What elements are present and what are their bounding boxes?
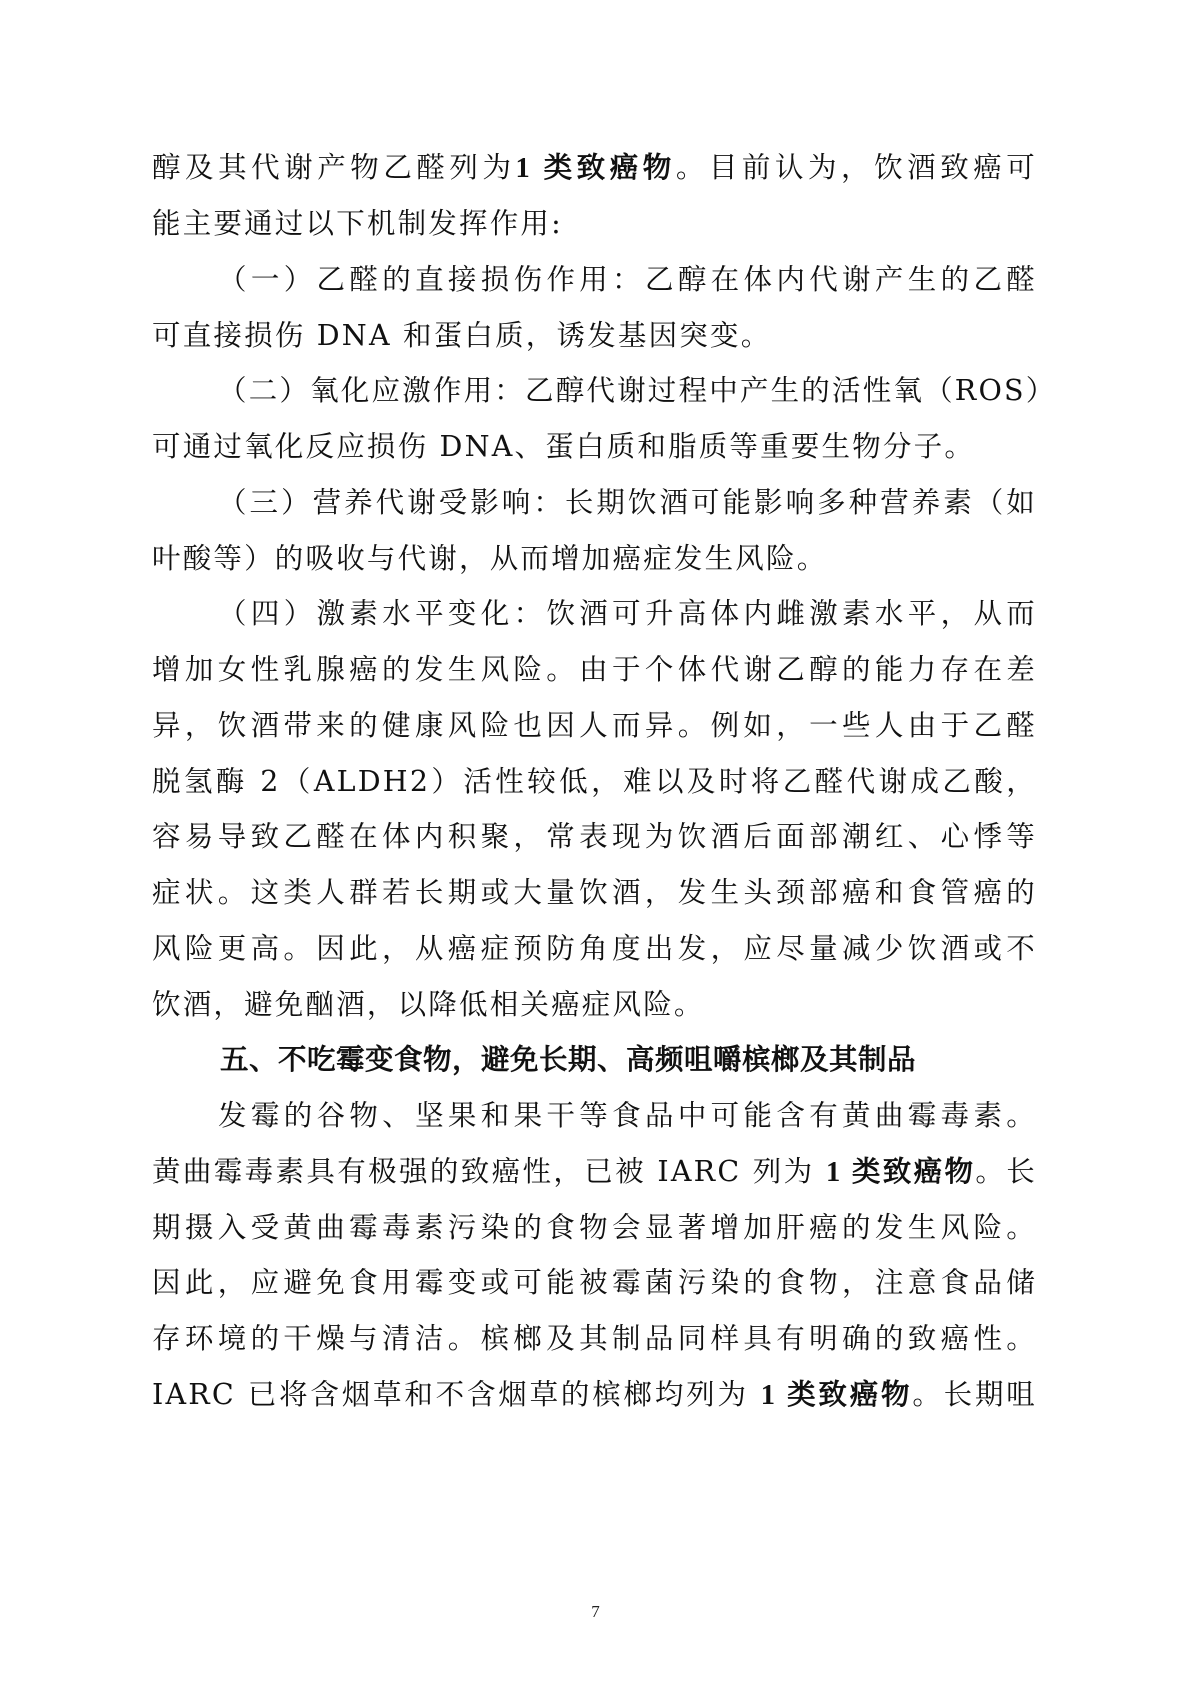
- text-segment: 。目前认为，饮酒致癌可: [676, 151, 1037, 184]
- paragraph-line: 因此，应避免食用霉变或可能被霉菌污染的食物，注意食品储: [152, 1261, 1037, 1305]
- text-segment: 黄曲霉毒素具有极强的致癌性，已被 IARC 列为: [152, 1155, 826, 1188]
- list-item-4-line: （四）激素水平变化：饮酒可升高体内雌激素水平，从而: [218, 592, 1037, 636]
- paragraph-line: 风险更高。因此，从癌症预防角度出发，应尽量减少饮酒或不: [152, 927, 1037, 971]
- text-segment: IARC 已将含烟草和不含烟草的槟榔均列为: [152, 1378, 761, 1411]
- paragraph-line: 增加女性乳腺癌的发生风险。由于个体代谢乙醇的能力存在差: [152, 648, 1037, 692]
- document-page: 醇及其代谢产物乙醛列为1 类致癌物。目前认为，饮酒致癌可 能主要通过以下机制发挥…: [0, 0, 1191, 1684]
- paragraph-line: 醇及其代谢产物乙醛列为1 类致癌物。目前认为，饮酒致癌可: [152, 146, 1037, 190]
- text-segment: 。长期咀: [912, 1378, 1037, 1411]
- paragraph-line: 饮酒，避免酗酒，以降低相关癌症风险。: [152, 983, 1037, 1027]
- list-item-1-line: （一）乙醛的直接损伤作用：乙醇在体内代谢产生的乙醛: [218, 258, 1037, 302]
- text-segment: 醇及其代谢产物乙醛列为: [152, 151, 516, 184]
- bold-emphasis: 1 类致癌物: [826, 1157, 975, 1188]
- text-segment: 。长: [975, 1155, 1037, 1188]
- paragraph-line: 容易导致乙醛在体内积聚，常表现为饮酒后面部潮红、心悸等: [152, 815, 1037, 859]
- bold-emphasis: 1 类致癌物: [516, 153, 676, 184]
- list-item-2-line: （二）氧化应激作用：乙醇代谢过程中产生的活性氧（ROS）: [218, 369, 1037, 413]
- paragraph-line: 黄曲霉毒素具有极强的致癌性，已被 IARC 列为 1 类致癌物。长: [152, 1150, 1037, 1194]
- paragraph-line: 叶酸等）的吸收与代谢，从而增加癌症发生风险。: [152, 537, 1037, 581]
- paragraph-line: 可直接损伤 DNA 和蛋白质，诱发基因突变。: [152, 314, 1037, 358]
- bold-emphasis: 1 类致癌物: [761, 1380, 913, 1411]
- paragraph-line: IARC 已将含烟草和不含烟草的槟榔均列为 1 类致癌物。长期咀: [152, 1373, 1037, 1417]
- paragraph-line: 期摄入受黄曲霉毒素污染的食物会显著增加肝癌的发生风险。: [152, 1206, 1037, 1250]
- list-item-3-line: （三）营养代谢受影响：长期饮酒可能影响多种营养素（如: [218, 481, 1037, 525]
- paragraph-line: 存环境的干燥与清洁。槟榔及其制品同样具有明确的致癌性。: [152, 1317, 1037, 1361]
- paragraph-line: 异，饮酒带来的健康风险也因人而异。例如，一些人由于乙醛: [152, 704, 1037, 748]
- section-heading: 五、不吃霉变食物，避免长期、高频咀嚼槟榔及其制品: [220, 1038, 1000, 1082]
- paragraph-line: 症状。这类人群若长期或大量饮酒，发生头颈部癌和食管癌的: [152, 871, 1037, 915]
- paragraph-line: 能主要通过以下机制发挥作用:: [152, 202, 1037, 246]
- paragraph-line: 可通过氧化反应损伤 DNA、蛋白质和脂质等重要生物分子。: [152, 425, 1037, 469]
- page-number: 7: [0, 1602, 1191, 1622]
- paragraph-line: 脱氢酶 2（ALDH2）活性较低，难以及时将乙醛代谢成乙酸，: [152, 760, 1037, 804]
- paragraph-first-line: 发霉的谷物、坚果和果干等食品中可能含有黄曲霉毒素。: [218, 1094, 1037, 1138]
